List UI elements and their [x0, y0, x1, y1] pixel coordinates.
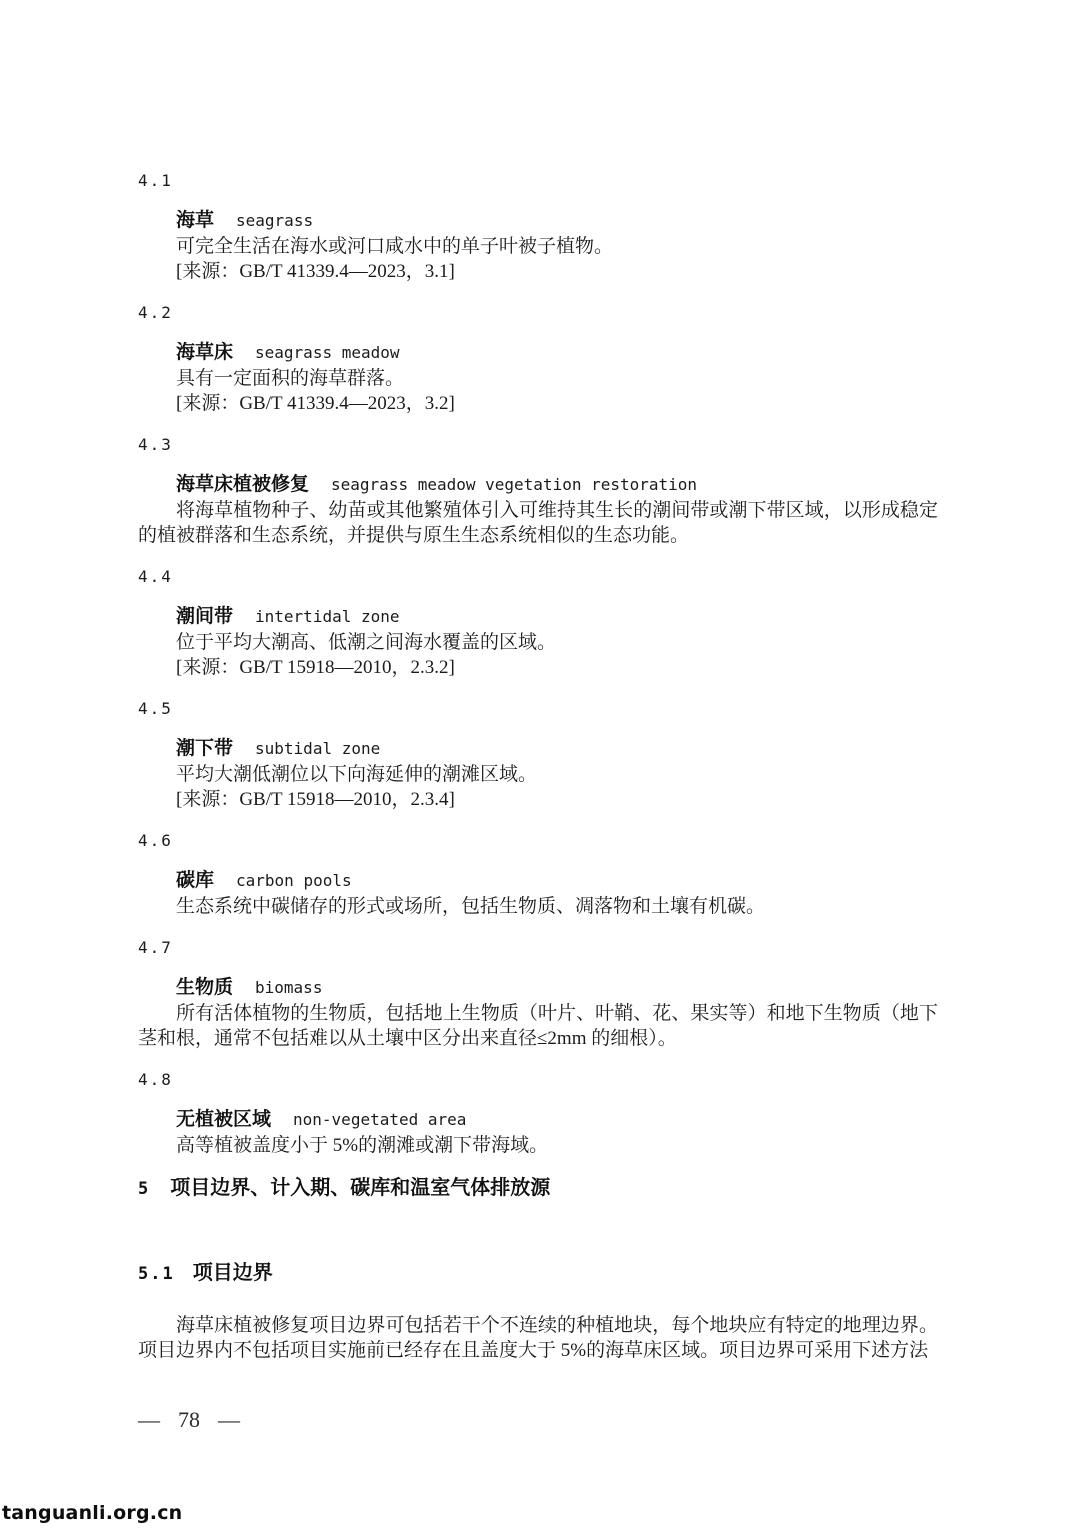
- term-english: biomass: [255, 978, 322, 997]
- term-chinese: 海草: [176, 210, 214, 231]
- clause-number-4-5: 4.5: [138, 696, 938, 721]
- term-line: 潮下带 subtidal zone: [138, 736, 938, 762]
- watermark-text: tanguanli.org.cn: [2, 1502, 182, 1524]
- definition-block-4-4: 潮间带 intertidal zone 位于平均大潮高、低潮之间海水覆盖的区域。…: [138, 604, 938, 680]
- section-5-number: 5: [138, 1179, 150, 1199]
- term-chinese: 潮下带: [176, 738, 233, 759]
- term-english: non-vegetated area: [293, 1110, 466, 1129]
- source-reference: [来源：GB/T 15918—2010，2.3.2]: [138, 655, 938, 680]
- term-chinese: 碳库: [176, 870, 214, 891]
- clause-number-4-7: 4.7: [138, 935, 938, 960]
- definition-block-4-8: 无植被区域 non-vegetated area 高等植被盖度小于 5%的潮滩或…: [138, 1107, 938, 1158]
- term-english: carbon pools: [236, 871, 352, 890]
- source-reference: [来源：GB/T 15918—2010，2.3.4]: [138, 787, 938, 812]
- section-5-1-title: 项目边界: [193, 1262, 273, 1284]
- clause-number-4-2: 4.2: [138, 300, 938, 325]
- term-line: 潮间带 intertidal zone: [138, 604, 938, 630]
- clause-number-4-3: 4.3: [138, 432, 938, 457]
- source-reference: [来源：GB/T 41339.4—2023，3.1]: [138, 259, 938, 284]
- term-line: 海草 seagrass: [138, 208, 938, 234]
- clause-number-4-4: 4.4: [138, 564, 938, 589]
- definition-text: 具有一定面积的海草群落。: [138, 366, 938, 391]
- clause-number-4-1: 4.1: [138, 168, 938, 193]
- definition-text: 平均大潮低潮位以下向海延伸的潮滩区域。: [138, 762, 938, 787]
- footer-dash-left: —: [138, 1407, 160, 1432]
- term-line: 海草床植被修复 seagrass meadow vegetation resto…: [138, 472, 938, 498]
- term-chinese: 生物质: [176, 977, 233, 998]
- definition-text: 可完全生活在海水或河口咸水中的单子叶被子植物。: [138, 234, 938, 259]
- definition-block-4-2: 海草床 seagrass meadow 具有一定面积的海草群落。 [来源：GB/…: [138, 340, 938, 416]
- section-5-1-paragraph: 海草床植被修复项目边界可包括若干个不连续的种植地块，每个地块应有特定的地理边界。…: [138, 1313, 938, 1363]
- definition-text: 所有活体植物的生物质，包括地上生物质（叶片、叶鞘、花、果实等）和地下生物质（地下…: [138, 1001, 938, 1051]
- footer-dash-right: —: [218, 1407, 240, 1432]
- definition-text: 位于平均大潮高、低潮之间海水覆盖的区域。: [138, 630, 938, 655]
- term-line: 生物质 biomass: [138, 975, 938, 1001]
- section-5-heading: 5项目边界、计入期、碳库和温室气体排放源: [138, 1174, 938, 1203]
- term-english: seagrass: [236, 211, 313, 230]
- definition-block-4-3: 海草床植被修复 seagrass meadow vegetation resto…: [138, 472, 938, 548]
- page-footer: —78—: [138, 1405, 938, 1435]
- term-chinese: 潮间带: [176, 606, 233, 627]
- term-line: 无植被区域 non-vegetated area: [138, 1107, 938, 1133]
- term-english: seagrass meadow: [255, 343, 400, 362]
- section-5-1-heading: 5.1项目边界: [138, 1259, 938, 1288]
- section-5-1-number: 5.1: [138, 1264, 175, 1284]
- clause-number-4-8: 4.8: [138, 1067, 938, 1092]
- term-english: seagrass meadow vegetation restoration: [331, 475, 697, 494]
- definition-block-4-5: 潮下带 subtidal zone 平均大潮低潮位以下向海延伸的潮滩区域。 [来…: [138, 736, 938, 812]
- term-line: 碳库 carbon pools: [138, 868, 938, 894]
- definition-block-4-7: 生物质 biomass 所有活体植物的生物质，包括地上生物质（叶片、叶鞘、花、果…: [138, 975, 938, 1051]
- page-number: 78: [178, 1407, 200, 1432]
- term-english: intertidal zone: [255, 607, 400, 626]
- definition-text: 高等植被盖度小于 5%的潮滩或潮下带海域。: [138, 1133, 938, 1158]
- term-chinese: 无植被区域: [176, 1109, 271, 1130]
- definition-block-4-1: 海草 seagrass 可完全生活在海水或河口咸水中的单子叶被子植物。 [来源：…: [138, 208, 938, 284]
- term-english: subtidal zone: [255, 739, 380, 758]
- term-chinese: 海草床植被修复: [176, 474, 309, 495]
- section-5-title: 项目边界、计入期、碳库和温室气体排放源: [170, 1177, 550, 1199]
- term-line: 海草床 seagrass meadow: [138, 340, 938, 366]
- clause-number-4-6: 4.6: [138, 828, 938, 853]
- definition-block-4-6: 碳库 carbon pools 生态系统中碳储存的形式或场所，包括生物质、凋落物…: [138, 868, 938, 919]
- document-page: 4.1 海草 seagrass 可完全生活在海水或河口咸水中的单子叶被子植物。 …: [0, 0, 1080, 1528]
- term-chinese: 海草床: [176, 342, 233, 363]
- definition-text: 生态系统中碳储存的形式或场所，包括生物质、凋落物和土壤有机碳。: [138, 894, 938, 919]
- definition-text: 将海草植物种子、幼苗或其他繁殖体引入可维持其生长的潮间带或潮下带区域，以形成稳定…: [138, 498, 938, 548]
- source-reference: [来源：GB/T 41339.4—2023，3.2]: [138, 391, 938, 416]
